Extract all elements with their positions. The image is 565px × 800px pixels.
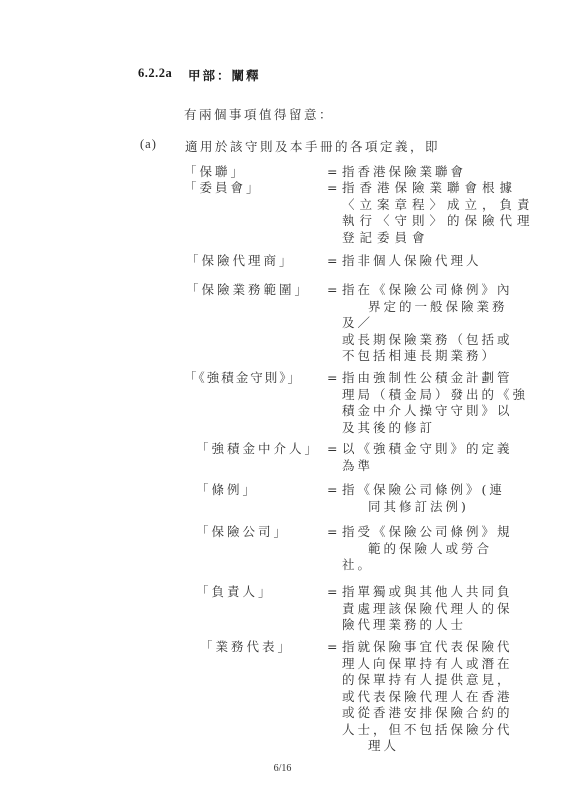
definition-line: 執行〈守則〉的保險代理 [342,213,507,230]
page-number: 6/16 [0,763,565,774]
definition-line: 指就保險事宜代表保險代 [342,639,507,656]
definition-line: 及其後的修訂 [342,420,507,437]
definition-body: 指香港保險業聯會 [342,164,507,181]
definition-term: 「保險公司」 [196,524,289,541]
definition-body: 指就保險事宜代表保險代 理人向保單持有人或潛在 的保單持有人提供意見， 或代表保… [342,639,507,755]
definition-line: 為準 [342,458,507,475]
equals-sign: = [327,253,337,270]
definition-term: 「強積金中介人」 [196,441,320,458]
equals-sign: = [327,282,337,299]
definition-line: 界定的一般保險業務 [342,299,507,316]
equals-sign: = [327,441,337,458]
definition-body: 指由強制性公積金計劃管 理局（積金局）發出的《強 積金中介人操守守則》以 及其後… [342,370,507,436]
definition-line: 指單獨或與其他人共同負 [342,584,507,601]
definition-line: 理人向保單持有人或潛在 [342,656,507,673]
definition-term: 「業務代表」 [200,639,293,656]
definition-line: 指《保險公司條例》(連 [342,482,507,499]
equals-sign: = [327,164,337,181]
section-title: 甲部：闡釋 [188,66,261,84]
definition-line: 險代理業務的人士 [342,617,507,634]
definition-term: 「負責人」 [196,584,274,601]
item-a: (a) 適用於該守則及本手冊的各項定義，即 [140,137,440,155]
section-number: 6.2.2a [138,66,188,84]
intro-text: 有兩個事項值得留意： [184,105,334,123]
definition-line: 〈立案章程〉成立，負責 [342,197,507,214]
definition-body: 以《強積金守則》的定義 為準 [342,441,507,474]
definition-line: 積金中介人操守守則》以 [342,403,507,420]
definition-line: 範的保險人或勞合 [342,541,507,558]
definition-term: 「保險業務範圍」 [186,282,310,299]
definition-line: 指香港保險業聯會 [342,164,507,181]
definition-term: 「委員會」 [184,180,262,197]
definition-line: 或代表保險代理人在香港 [342,689,507,706]
item-a-label: (a) [140,137,185,155]
definition-line: 指在《保險公司條例》內 [342,282,507,299]
definition-body: 指受《保險公司條例》規 範的保險人或勞合 社。 [342,524,507,574]
item-a-text: 適用於該守則及本手冊的各項定義，即 [185,137,440,155]
definition-body: 指非個人保險代理人 [342,253,507,270]
definition-body: 指單獨或與其他人共同負 責處理該保險代理人的保 險代理業務的人士 [342,584,507,634]
equals-sign: = [327,524,337,541]
definition-line: 不包括相連長期業務） [342,348,507,365]
definition-body: 指香港保險業聯會根據 〈立案章程〉成立，負責 執行〈守則〉的保險代理 登記委員會 [342,180,507,246]
definition-term: 「保險代理商」 [186,253,295,270]
equals-sign: = [327,180,337,197]
definition-term: 「條例」 [196,482,258,499]
definition-term: 「《強積金守則》」 [184,370,302,387]
definition-line: 或長期保險業務（包括或 [342,332,507,349]
definition-line: 指受《保險公司條例》規 [342,524,507,541]
document-page: 6.2.2a 甲部：闡釋 有兩個事項值得留意： (a) 適用於該守則及本手冊的各… [0,0,565,800]
definition-line: 理人 [342,738,507,755]
definition-line: 指由強制性公積金計劃管 [342,370,507,387]
definition-line: 的保單持有人提供意見， [342,672,507,689]
definition-line: 以《強積金守則》的定義 [342,441,507,458]
definition-line: 社。 [342,557,507,574]
definition-line: 或從香港安排保險合約的 [342,705,507,722]
equals-sign: = [327,370,337,387]
definition-line: 登記委員會 [342,230,507,247]
equals-sign: = [327,482,337,499]
definition-line: 人士，但不包括保險分代 [342,722,507,739]
equals-sign: = [327,584,337,601]
definition-line: 指香港保險業聯會根據 [342,180,507,197]
definition-body: 指在《保險公司條例》內 界定的一般保險業務 及／ 或長期保險業務（包括或 不包括… [342,282,507,365]
definition-line: 指非個人保險代理人 [342,253,507,270]
definition-line: 理局（積金局）發出的《強 [342,387,507,404]
section-heading: 6.2.2a 甲部：闡釋 [138,66,261,84]
definition-line: 及／ [342,315,507,332]
definition-line: 責處理該保險代理人的保 [342,601,507,618]
equals-sign: = [327,639,337,656]
definition-term: 「保聯」 [184,164,246,181]
definition-line: 同其修訂法例) [342,499,507,516]
definition-body: 指《保險公司條例》(連 同其修訂法例) [342,482,507,515]
